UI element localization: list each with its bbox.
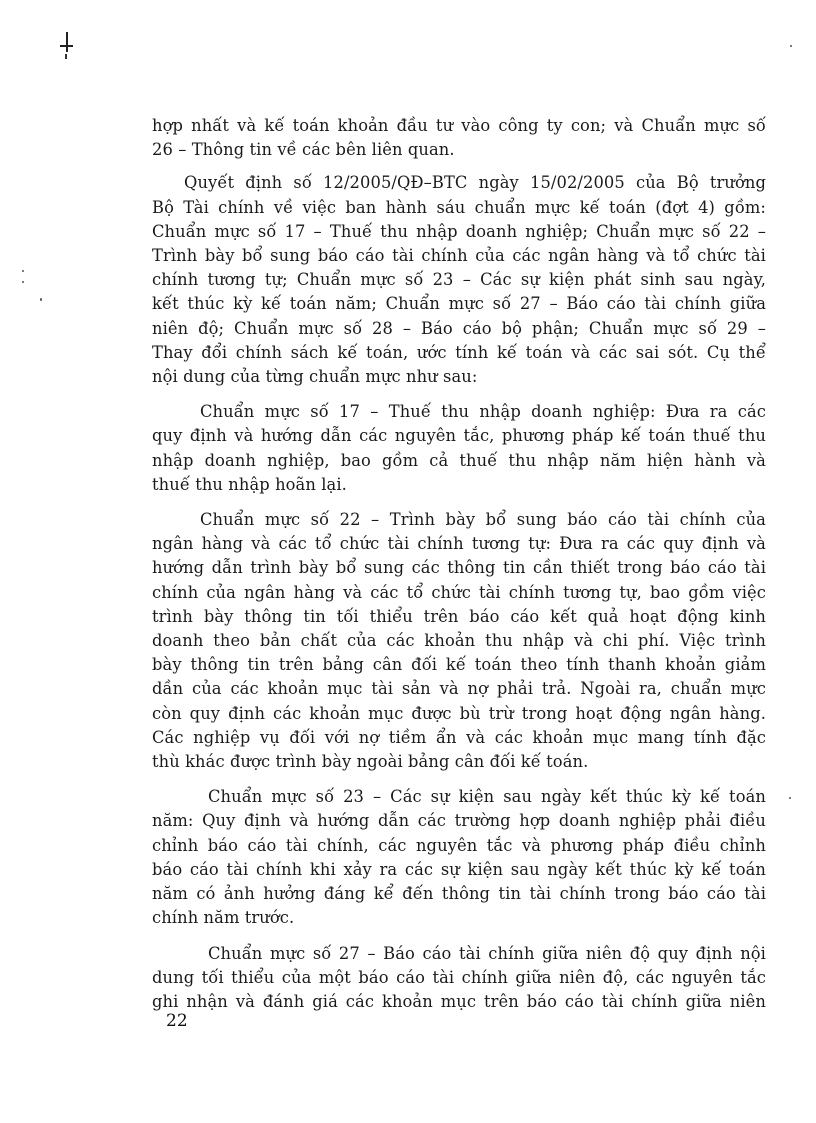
- text-line: hướng dẫn trình bày bổ sung các thông ti…: [152, 556, 766, 580]
- scan-speck: [40, 298, 42, 301]
- text-line: Chuẩn mực số 23 – Các sự kiện sau ngày k…: [152, 785, 766, 809]
- text-line: quy định và hướng dẫn các nguyên tắc, ph…: [152, 424, 766, 448]
- text-line: chính năm trước.: [152, 906, 766, 930]
- text-line: Các nghiệp vụ đối với nợ tiềm ẩn và các …: [152, 726, 766, 750]
- page-number: 22: [166, 1011, 188, 1031]
- text-line: Chuẩn mực số 17 – Thuế thu nhập doanh ng…: [152, 400, 766, 424]
- text-line: 26 – Thông tin về các bên liên quan.: [152, 138, 766, 162]
- text-line: ngân hàng và các tổ chức tài chính tương…: [152, 532, 766, 556]
- paragraph-standard-17: Chuẩn mực số 17 – Thuế thu nhập doanh ng…: [152, 400, 766, 497]
- paragraph-standard-27: Chuẩn mực số 27 – Báo cáo tài chính giữa…: [152, 942, 766, 1015]
- text-line: Trình bày bổ sung báo cáo tài chính của …: [152, 244, 766, 268]
- text-line: bày thông tin trên bảng cân đối kế toán …: [152, 653, 766, 677]
- paragraph-standard-23: Chuẩn mực số 23 – Các sự kiện sau ngày k…: [152, 785, 766, 930]
- scanned-page: hợp nhất và kế toán khoản đầu tư vào côn…: [0, 0, 816, 1123]
- text-line: niên độ; Chuẩn mực số 28 – Báo cáo bộ ph…: [152, 317, 766, 341]
- text-line: chính của ngân hàng và các tổ chức tài c…: [152, 581, 766, 605]
- scan-speck: [790, 45, 792, 47]
- text-line: kết thúc kỳ kế toán năm; Chuẩn mực số 27…: [152, 292, 766, 316]
- text-line: Chuẩn mực số 17 – Thuế thu nhập doanh ng…: [152, 220, 766, 244]
- text-line: thù khác được trình bày ngoài bảng cân đ…: [152, 750, 766, 774]
- text-line: nhập doanh nghiệp, bao gồm cả thuế thu n…: [152, 449, 766, 473]
- scan-speck: [789, 797, 791, 799]
- text-line: hợp nhất và kế toán khoản đầu tư vào côn…: [152, 114, 766, 138]
- text-line: nội dung của từng chuẩn mực như sau:: [152, 365, 766, 389]
- scan-speck: [22, 270, 24, 272]
- text-line: Chuẩn mực số 27 – Báo cáo tài chính giữa…: [152, 942, 766, 966]
- paragraph-standard-22: Chuẩn mực số 22 – Trình bày bổ sung báo …: [152, 508, 766, 774]
- text-line: doanh theo bản chất của các khoản thu nh…: [152, 629, 766, 653]
- text-line: báo cáo tài chính khi xảy ra các sự kiện…: [152, 858, 766, 882]
- text-line: dung tối thiểu của một báo cáo tài chính…: [152, 966, 766, 990]
- scan-speck: [22, 281, 24, 283]
- paragraph-decision: Quyết định số 12/2005/QĐ–BTC ngày 15/02/…: [152, 171, 766, 389]
- text-line: trình bày thông tin tối thiểu trên báo c…: [152, 605, 766, 629]
- text-line: chính tương tự; Chuẩn mực số 23 – Các sự…: [152, 268, 766, 292]
- text-line: dần của các khoản mục tài sản và nợ phải…: [152, 677, 766, 701]
- text-line: Bộ Tài chính về việc ban hành sáu chuẩn …: [152, 196, 766, 220]
- text-line: thuế thu nhập hoãn lại.: [152, 473, 766, 497]
- crop-mark-icon: [60, 30, 74, 60]
- text-line: ghi nhận và đánh giá các khoản mục trên …: [152, 990, 766, 1014]
- text-line: năm có ảnh hưởng đáng kể đến thông tin t…: [152, 882, 766, 906]
- text-line: năm: Quy định và hướng dẫn các trường hợ…: [152, 809, 766, 833]
- text-line: còn quy định các khoản mục được bù trừ t…: [152, 702, 766, 726]
- text-line: Chuẩn mực số 22 – Trình bày bổ sung báo …: [152, 508, 766, 532]
- text-line: Quyết định số 12/2005/QĐ–BTC ngày 15/02/…: [152, 171, 766, 195]
- paragraph-continuation: hợp nhất và kế toán khoản đầu tư vào côn…: [152, 114, 766, 162]
- text-line: Thay đổi chính sách kế toán, ước tính kế…: [152, 341, 766, 365]
- body-text: hợp nhất và kế toán khoản đầu tư vào côn…: [152, 114, 766, 1014]
- text-line: chỉnh báo cáo tài chính, các nguyên tắc …: [152, 834, 766, 858]
